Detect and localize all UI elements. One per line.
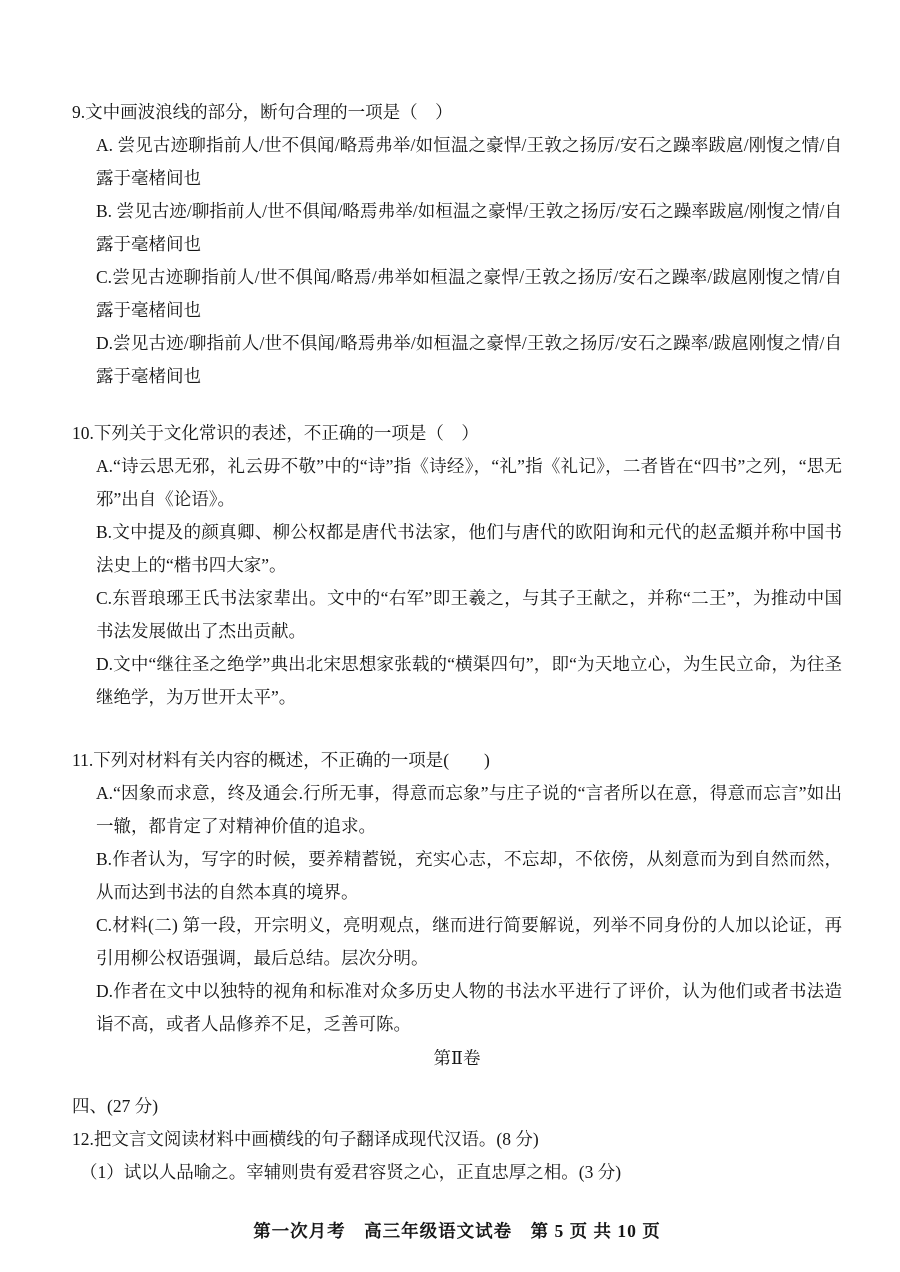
question-11-option-d: D.作者在文中以独特的视角和标准对众多历史人物的书法水平进行了评价，认为他们或者… [96, 975, 842, 1041]
question-12-stem: 12.把文言文阅读材料中画横线的句子翻译成现代汉语。(8 分) [72, 1123, 842, 1156]
section-title-part-2: 第Ⅱ卷 [72, 1042, 842, 1075]
question-10-stem: 10.下列关于文化常识的表述，不正确的一项是（ ） [72, 417, 842, 450]
question-10-option-a: A.“诗云思无邪，礼云毋不敬”中的“诗”指《诗经》，“礼”指《礼记》，二者皆在“… [96, 450, 842, 516]
question-11-stem: 11.下列对材料有关内容的概述，不正确的一项是( ) [72, 744, 842, 777]
exam-page: 9.文中画波浪线的部分，断句合理的一项是（ ） A. 尝见古迹聊指前人/世不俱闻… [0, 0, 900, 1272]
question-12: 12.把文言文阅读材料中画横线的句子翻译成现代汉语。(8 分) （1）试以人品喻… [72, 1123, 842, 1189]
question-9-option-c: C.尝见古迹聊指前人/世不俱闻/略焉/弗举如桓温之豪悍/王敦之扬厉/安石之躁率/… [96, 261, 842, 327]
question-11-option-b: B.作者认为，写字的时候，要养精蓄锐，充实心志，不忘却，不依傍，从刻意而为到自然… [96, 843, 842, 909]
question-10: 10.下列关于文化常识的表述，不正确的一项是（ ） A.“诗云思无邪，礼云毋不敬… [72, 417, 842, 714]
question-10-option-d: D.文中“继往圣之绝学”典出北宋思想家张载的“横渠四句”，即“为天地立心，为生民… [96, 648, 842, 714]
question-12-sub-1: （1）试以人品喻之。宰辅则贵有爱君容贤之心，正直忠厚之相。(3 分) [80, 1156, 842, 1189]
question-9: 9.文中画波浪线的部分，断句合理的一项是（ ） A. 尝见古迹聊指前人/世不俱闻… [72, 96, 842, 393]
question-9-stem: 9.文中画波浪线的部分，断句合理的一项是（ ） [72, 96, 842, 129]
part-4-heading: 四、(27 分) [72, 1090, 842, 1123]
question-9-option-a: A. 尝见古迹聊指前人/世不俱闻/略焉弗举/如恒温之豪悍/王敦之扬厉/安石之躁率… [96, 129, 842, 195]
question-9-option-d: D.尝见古迹/聊指前人/世不俱闻/略焉弗举/如桓温之豪悍/王敦之扬厉/安石之躁率… [96, 327, 842, 393]
question-11-option-c: C.材料(二) 第一段，开宗明义，亮明观点，继而进行简要解说，列举不同身份的人加… [96, 909, 842, 975]
question-9-option-b: B. 尝见古迹/聊指前人/世不俱闻/略焉弗举/如桓温之豪悍/王敦之扬厉/安石之躁… [96, 195, 842, 261]
question-11: 11.下列对材料有关内容的概述，不正确的一项是( ) A.“因象而求意，终及通会… [72, 744, 842, 1041]
question-10-option-b: B.文中提及的颜真卿、柳公权都是唐代书法家，他们与唐代的欧阳询和元代的赵孟頫并称… [96, 516, 842, 582]
page-footer: 第一次月考 高三年级语文试卷 第 5 页 共 10 页 [72, 1215, 842, 1248]
question-11-option-a: A.“因象而求意，终及通会.行所无事，得意而忘象”与庄子说的“言者所以在意，得意… [96, 777, 842, 843]
question-10-option-c: C.东晋琅琊王氏书法家辈出。文中的“右军”即王羲之，与其子王献之，并称“二王”，… [96, 582, 842, 648]
